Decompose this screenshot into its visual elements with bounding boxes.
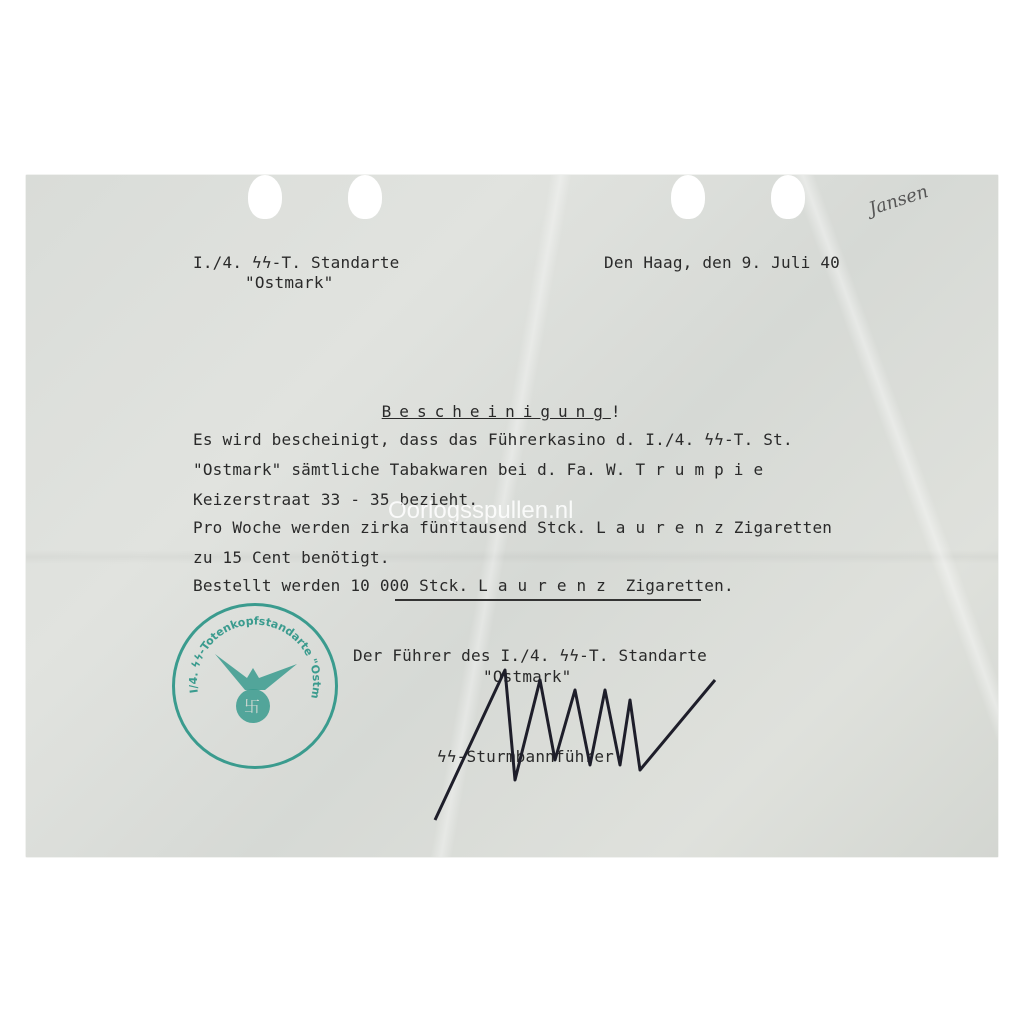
watermark: Oorlogsspullen.nl — [388, 497, 573, 525]
header-unit: I./4. ϟϟ-T. Standarte — [193, 253, 400, 272]
punch-hole — [671, 175, 705, 219]
document-title: Bescheinigung! — [362, 383, 621, 421]
svg-text:卐: 卐 — [244, 697, 260, 716]
punch-hole — [248, 175, 282, 219]
body-line: "Ostmark" sämtliche Tabakwaren bei d. Fa… — [193, 460, 763, 479]
punch-hole — [348, 175, 382, 219]
title-punct: ! — [611, 402, 621, 421]
header-date: Den Haag, den 9. Juli 40 — [604, 253, 840, 272]
official-stamp: I/4. ϟϟ-Totenkopfstandarte "Ostmark" 卐 — [172, 603, 338, 769]
eagle-icon: I/4. ϟϟ-Totenkopfstandarte "Ostmark" 卐 — [175, 606, 335, 766]
punch-hole — [771, 175, 805, 219]
underline — [395, 599, 701, 601]
body-line: zu 15 Cent benötigt. — [193, 548, 390, 567]
handwritten-signature — [430, 650, 720, 830]
title-text: Bescheinigung — [382, 402, 611, 421]
body-line: Bestellt werden 10 000 Stck. L a u r e n… — [193, 576, 734, 595]
header-unit-name: "Ostmark" — [245, 273, 334, 292]
body-line: Es wird bescheinigt, dass das Führerkasi… — [193, 430, 793, 449]
